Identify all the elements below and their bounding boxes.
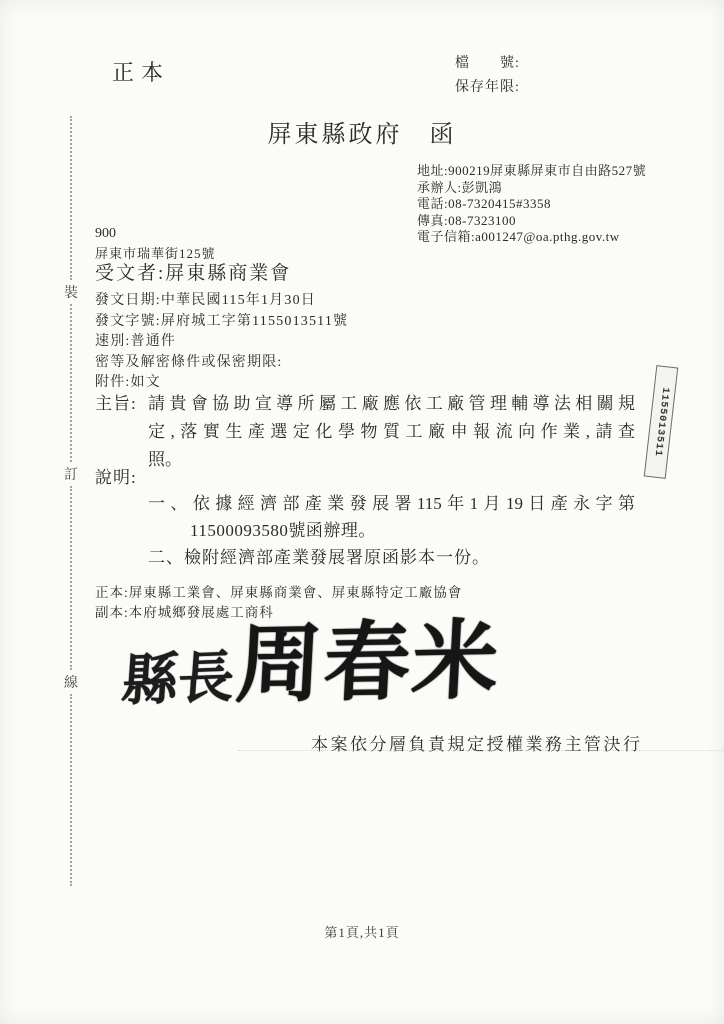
recipient-addressee-line: 受文者:屏東縣商業會 bbox=[95, 258, 291, 285]
subject-label: 主旨: bbox=[95, 389, 137, 414]
binding-dotted-line-segment bbox=[70, 694, 72, 886]
explanation-item-2: 二、檢附經濟部產業發展署原函影本一份。 bbox=[148, 543, 490, 568]
margin-mark-thread: 線 bbox=[62, 672, 80, 692]
file-number-label: 檔 號: bbox=[455, 52, 520, 72]
copy-type-label: 正本 bbox=[112, 56, 170, 87]
margin-mark-binding: 裝 bbox=[62, 282, 80, 302]
distribution-original-line: 正本:屏東縣工業會、屏東縣商業會、屏東縣特定工廠協會 bbox=[95, 581, 462, 601]
explanation-item-1-line-1: 一、依據經濟部產業發展署115年1月19日產永字第 bbox=[148, 489, 635, 514]
registration-stamp: 1155013511 bbox=[644, 365, 679, 479]
security-class-line: 密等及解密條件或保密期限: bbox=[95, 353, 348, 374]
sender-fax: 傳真:08-7323100 bbox=[417, 213, 646, 230]
scan-artifact-dotted-line bbox=[238, 750, 724, 751]
signature-title-calligraphy: 縣長 bbox=[120, 650, 236, 710]
subject-line-2: 定,落實生產選定化學物質工廠申報流向作業,請查 bbox=[148, 417, 635, 442]
explanation-label: 說明: bbox=[95, 463, 137, 488]
subject-line-3: 照。 bbox=[148, 445, 182, 470]
letter-title: 屏東縣政府 函 bbox=[0, 114, 724, 149]
delegation-note: 本案依分層負責規定授權業務主管決行 bbox=[311, 730, 643, 755]
footer-page-info: 第1頁,共1頁 bbox=[0, 922, 724, 941]
retention-period-label: 保存年限: bbox=[455, 76, 520, 96]
binding-dotted-line-segment bbox=[70, 486, 72, 670]
sender-phone: 電話:08-7320415#3358 bbox=[417, 196, 646, 213]
subject-line-1: 請貴會協助宣導所屬工廠應依工廠管理輔導法相關規 bbox=[148, 389, 635, 414]
scanned-letter-page: 正本 檔 號: 保存年限: 屏東縣政府 函 地址:900219屏東縣屏東市自由路… bbox=[0, 0, 724, 1024]
recipient-postal-code: 900 bbox=[95, 226, 116, 242]
margin-mark-staple: 訂 bbox=[62, 464, 80, 484]
binding-dotted-line-segment bbox=[70, 116, 72, 280]
sender-email: 電子信箱:a001247@oa.pthg.gov.tw bbox=[417, 229, 646, 246]
letter-meta-block: 發文日期:中華民國115年1月30日 發文字號:屏府城工字第1155013511… bbox=[95, 291, 348, 394]
signature-name-calligraphy: 周春米 bbox=[234, 618, 502, 709]
sender-address: 地址:900219屏東縣屏東市自由路527號 bbox=[417, 163, 646, 180]
speed-class-line: 速別:普通件 bbox=[95, 332, 348, 353]
document-number-line: 發文字號:屏府城工字第1155013511號 bbox=[95, 312, 348, 333]
binding-dotted-line-segment bbox=[70, 304, 72, 462]
explanation-item-1-line-2: 11500093580號函辦理。 bbox=[190, 516, 376, 541]
issue-date-line: 發文日期:中華民國115年1月30日 bbox=[95, 291, 348, 312]
sender-contact-block: 地址:900219屏東縣屏東市自由路527號 承辦人:彭凱鴻 電話:08-732… bbox=[417, 163, 646, 246]
sender-contact-person: 承辦人:彭凱鴻 bbox=[417, 180, 646, 197]
